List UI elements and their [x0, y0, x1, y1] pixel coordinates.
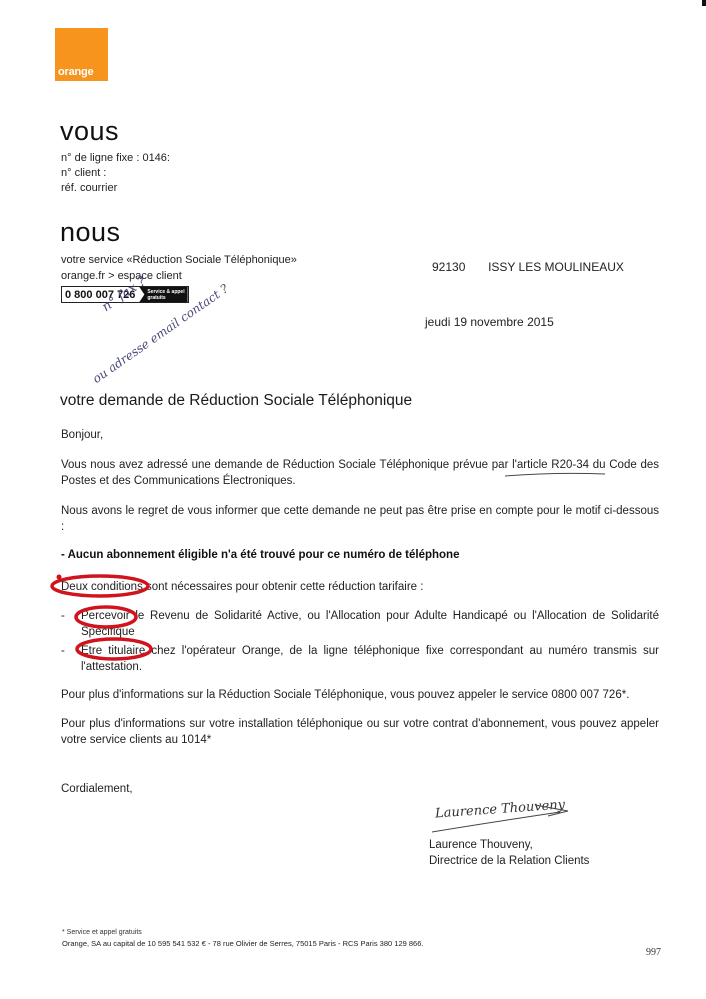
sender-web-link[interactable]: orange.fr > espace client	[61, 269, 182, 284]
letter-subject: votre demande de Réduction Sociale Télép…	[60, 392, 412, 410]
line-number-field: n° de ligne fixe : 0146:	[61, 151, 170, 166]
refusal-reason: - Aucun abonnement éligible n'a été trou…	[61, 549, 459, 561]
sender-heading: nous	[60, 217, 121, 248]
condition-text: Percevoir le Revenu de Solidarité Active…	[81, 609, 659, 640]
condition-text: Etre titulaire chez l'opérateur Orange, …	[81, 644, 659, 675]
address: 92130 ISSY LES MOULINEAUX	[432, 260, 624, 275]
paragraph-customer-service: Pour plus d'informations sur votre insta…	[61, 717, 659, 748]
city: ISSY LES MOULINEAUX	[488, 260, 624, 274]
red-dot-mark	[57, 575, 62, 580]
footer-note: * Service et appel gratuits	[62, 929, 142, 936]
greeting: Bonjour,	[61, 428, 103, 444]
closing: Cordialement,	[61, 782, 133, 798]
paragraph-request: Vous nous avez adressé une demande de Ré…	[61, 458, 659, 489]
recipient-fields: n° de ligne fixe : 0146: n° client : réf…	[61, 151, 170, 196]
logo-text: orange	[58, 66, 93, 78]
scan-mark	[702, 0, 706, 6]
paragraph-rst-info: Pour plus d'informations sur la Réductio…	[61, 688, 629, 704]
letter-date: jeudi 19 novembre 2015	[425, 315, 554, 330]
footer-legal: Orange, SA au capital de 10 595 541 532 …	[62, 939, 423, 948]
conditions-intro: Deux conditions sont nécessaires pour ob…	[61, 580, 423, 596]
signatory-name: Laurence Thouveny,	[429, 838, 589, 854]
sender-service: votre service «Réduction Sociale Télépho…	[61, 253, 297, 268]
paragraph-refusal: Nous avons le regret de vous informer qu…	[61, 504, 659, 535]
signatory-block: Laurence Thouveny, Directrice de la Rela…	[429, 838, 589, 869]
postcode: 92130	[432, 260, 465, 274]
annotation-overlay	[0, 0, 706, 999]
client-number-field: n° client :	[61, 166, 170, 181]
free-call-badge: Service & appel gratuits	[139, 287, 187, 302]
conditions-list: - Percevoir le Revenu de Solidarité Acti…	[61, 609, 659, 675]
condition-item: - Percevoir le Revenu de Solidarité Acti…	[61, 609, 659, 640]
condition-item: - Etre titulaire chez l'opérateur Orange…	[61, 644, 659, 675]
page-number: 997	[646, 947, 661, 958]
signatory-title: Directrice de la Relation Clients	[429, 854, 589, 870]
mail-reference-field: réf. courrier	[61, 181, 170, 196]
recipient-heading: vous	[60, 116, 119, 147]
handwritten-signature: Laurence Thouveny	[435, 797, 566, 821]
orange-logo: orange	[55, 28, 108, 81]
